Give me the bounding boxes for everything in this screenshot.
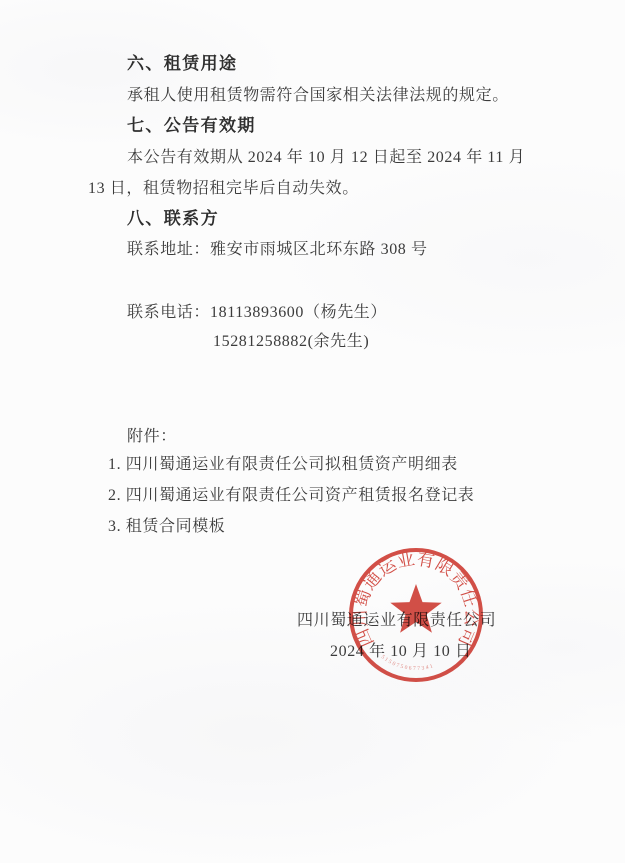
heading-rental-purpose: 六、租赁用途 bbox=[127, 55, 237, 73]
heading-validity-period: 七、公告有效期 bbox=[127, 117, 256, 135]
text-contact-phone-2: 15281258882(余先生) bbox=[213, 333, 369, 351]
text-validity-line-1: 本公告有效期从 2024 年 10 月 12 日起至 2024 年 11 月 bbox=[127, 149, 525, 167]
attachment-item-3: 3. 租赁合同模板 bbox=[108, 518, 225, 536]
text-contact-phone-1: 联系电话：18113893600（杨先生） bbox=[127, 304, 387, 322]
seal-code: 5150750677341 bbox=[380, 654, 435, 672]
attachment-item-2: 2. 四川蜀通运业有限责任公司资产租赁报名登记表 bbox=[108, 487, 474, 505]
text-contact-address: 联系地址：雅安市雨城区北环东路 308 号 bbox=[127, 241, 428, 259]
heading-contact-party: 八、联系方 bbox=[127, 210, 219, 228]
text-validity-line-2: 13 日，租赁物招租完毕后自动失效。 bbox=[88, 180, 359, 198]
seal-star-icon bbox=[390, 584, 441, 633]
attachment-item-1: 1. 四川蜀通运业有限责任公司拟租赁资产明细表 bbox=[108, 456, 458, 474]
text-rental-purpose-body: 承租人使用租赁物需符合国家相关法律法规的规定。 bbox=[127, 87, 509, 105]
text-attachments-label: 附件： bbox=[127, 428, 177, 446]
company-seal: 四川蜀通运业有限责任公司 5150750677341 bbox=[346, 545, 486, 685]
document-page: 六、租赁用途 承租人使用租赁物需符合国家相关法律法规的规定。 七、公告有效期 本… bbox=[0, 0, 625, 863]
